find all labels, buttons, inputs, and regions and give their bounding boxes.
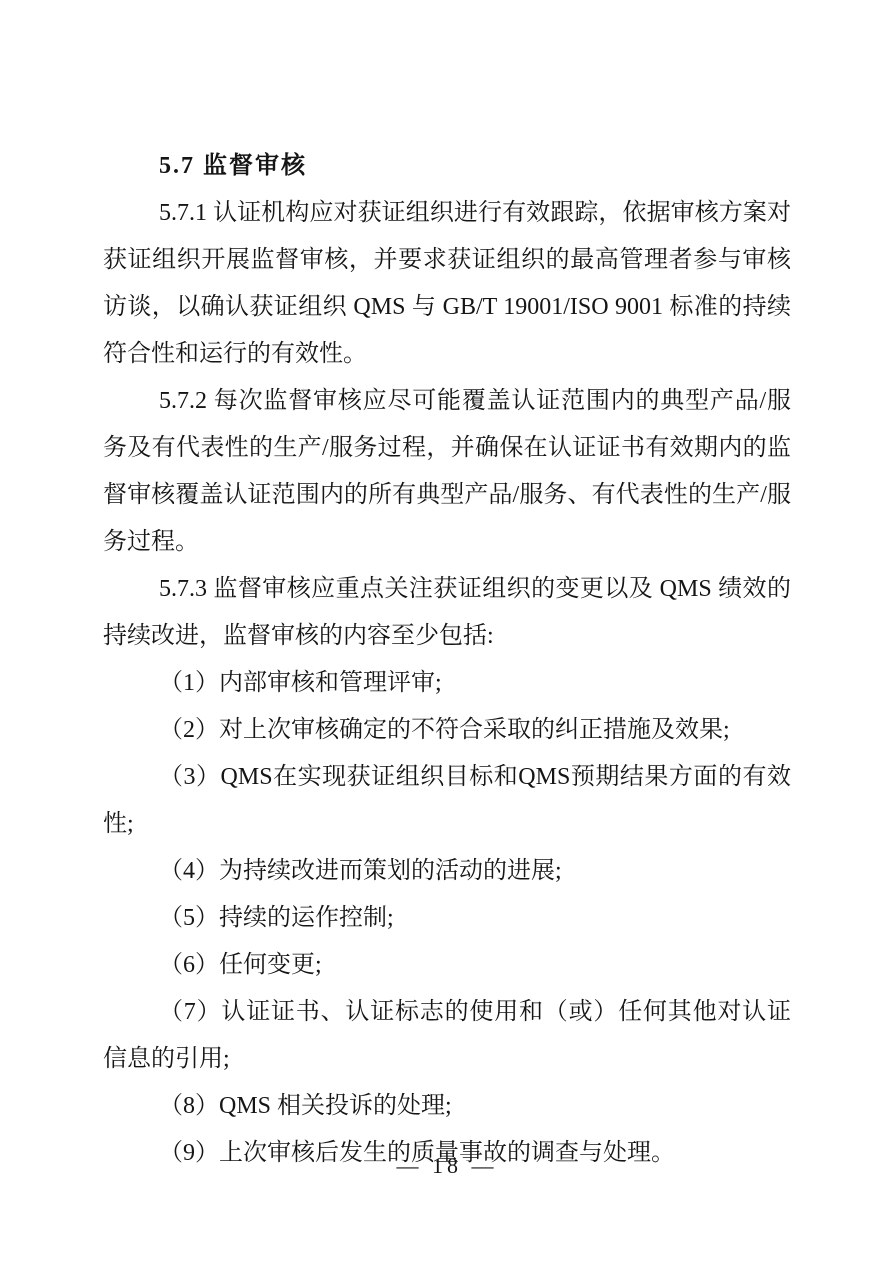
paragraph-5-7-2: 5.7.2 每次监督审核应尽可能覆盖认证范围内的典型产品/服务及有代表性的生产/…: [103, 378, 791, 566]
document-body: 5.7 监督审核 5.7.1 认证机构应对获证组织进行有效跟踪，依据审核方案对获…: [103, 143, 791, 1177]
paragraph-5-7-3: 5.7.3 监督审核应重点关注获证组织的变更以及 QMS 绩效的持续改进，监督审…: [103, 566, 791, 660]
list-item-8: （8）QMS 相关投诉的处理;: [103, 1083, 791, 1130]
section-heading: 5.7 监督审核: [103, 143, 791, 190]
list-item-6: （6）任何变更;: [103, 942, 791, 989]
page-number: — 18 —: [103, 1146, 791, 1186]
document-page: 5.7 监督审核 5.7.1 认证机构应对获证组织进行有效跟踪，依据审核方案对获…: [0, 0, 892, 1262]
list-item-4: （4）为持续改进而策划的活动的进展;: [103, 848, 791, 895]
list-item-5: （5）持续的运作控制;: [103, 895, 791, 942]
list-item-1: （1）内部审核和管理评审;: [103, 660, 791, 707]
list-item-7: （7）认证证书、认证标志的使用和（或）任何其他对认证信息的引用;: [103, 989, 791, 1083]
list-item-2: （2）对上次审核确定的不符合采取的纠正措施及效果;: [103, 707, 791, 754]
list-item-3: （3）QMS在实现获证组织目标和QMS预期结果方面的有效性;: [103, 754, 791, 848]
paragraph-5-7-1: 5.7.1 认证机构应对获证组织进行有效跟踪，依据审核方案对获证组织开展监督审核…: [103, 190, 791, 378]
